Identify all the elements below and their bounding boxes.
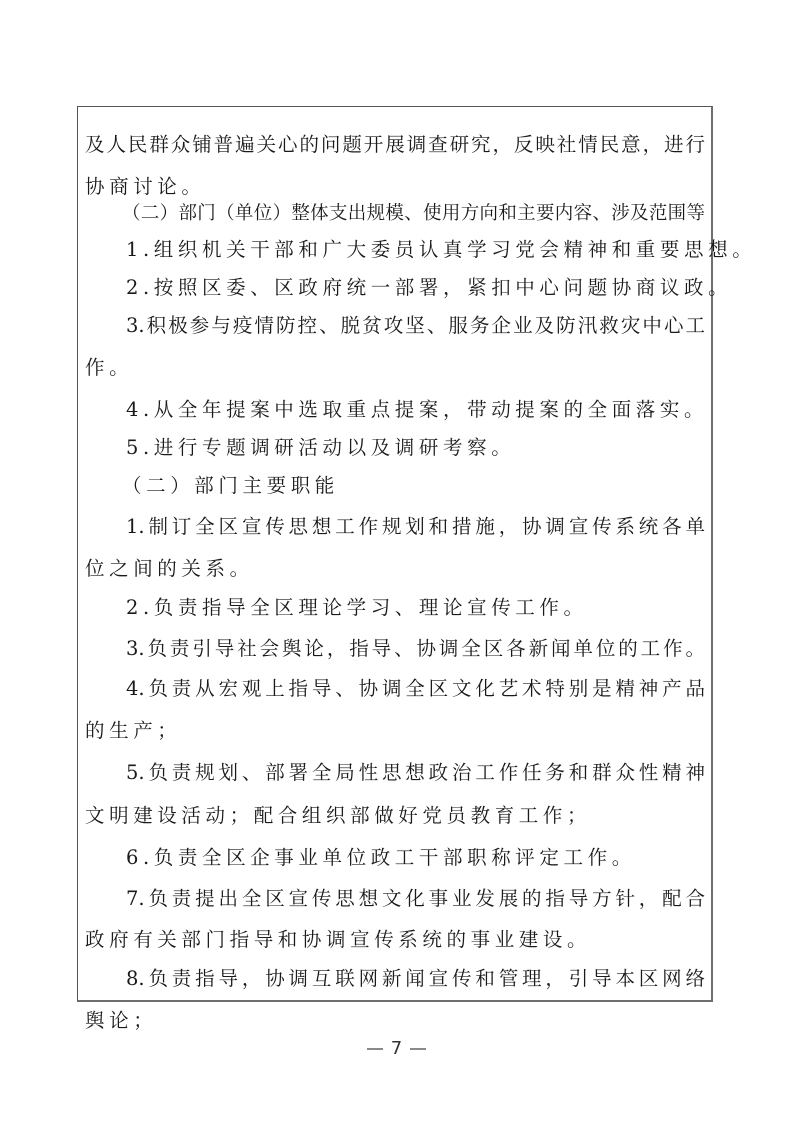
list-item: 8.负责指导，协调互联网新闻宣传和管理，引导本区网络 [126,964,705,994]
list-item: 3.积极参与疫情防控、脱贫攻坚、服务企业及防汛救灾中心工 [126,311,705,341]
list-item-continuation: 文明建设活动；配合组织部做好党员教育工作； [85,801,705,831]
dash-right [410,1048,426,1050]
dash-left [367,1048,383,1050]
page-number: 7 [0,1038,793,1059]
list-item: 4.负责从宏观上指导、协调全区文化艺术特别是精神产品 [126,674,705,704]
paragraph-line: 及人民群众铺普遍关心的问题开展调查研究，反映社情民意，进行 [85,130,705,160]
list-item-continuation: 政府有关部门指导和协调宣传系统的事业建设。 [85,925,705,955]
list-item: 7.负责提出全区宣传思想文化事业发展的指导方针，配合 [126,884,705,914]
list-item-continuation: 位之间的关系。 [85,554,705,584]
page-number-value: 7 [391,1038,402,1059]
list-item: 4.从全年提案中选取重点提案，带动提案的全面落实。 [126,395,705,425]
list-item: 2.按照区委、区政府统一部署，紧扣中心问题协商议政。 [126,273,705,303]
section-heading: （二）部门主要职能 [122,471,705,501]
list-item: 2.负责指导全区理论学习、理论宣传工作。 [126,593,705,623]
section-heading: （二）部门（单位）整体支出规模、使用方向和主要内容、涉及范围等 [122,199,705,229]
list-item: 5.负责规划、部署全局性思想政治工作任务和群众性精神 [126,758,705,788]
list-item-continuation: 作。 [85,353,705,383]
list-item: 6.负责全区企事业单位政工干部职称评定工作。 [126,843,705,873]
document-text-box: 及人民群众铺普遍关心的问题开展调查研究，反映社情民意，进行 协商讨论。 （二）部… [77,106,713,1002]
list-item: 1.组织机关干部和广大委员认真学习党会精神和重要思想。 [126,235,705,265]
list-item: 5.进行专题调研活动以及调研考察。 [126,433,705,463]
list-item-continuation: 的生产； [85,716,705,746]
list-item-continuation: 舆论； [85,1006,705,1036]
list-item: 1.制订全区宣传思想工作规划和措施，协调宣传系统各单 [126,512,705,542]
list-item: 3.负责引导社会舆论，指导、协调全区各新闻单位的工作。 [126,634,705,664]
paragraph-line: 协商讨论。 [85,172,705,202]
